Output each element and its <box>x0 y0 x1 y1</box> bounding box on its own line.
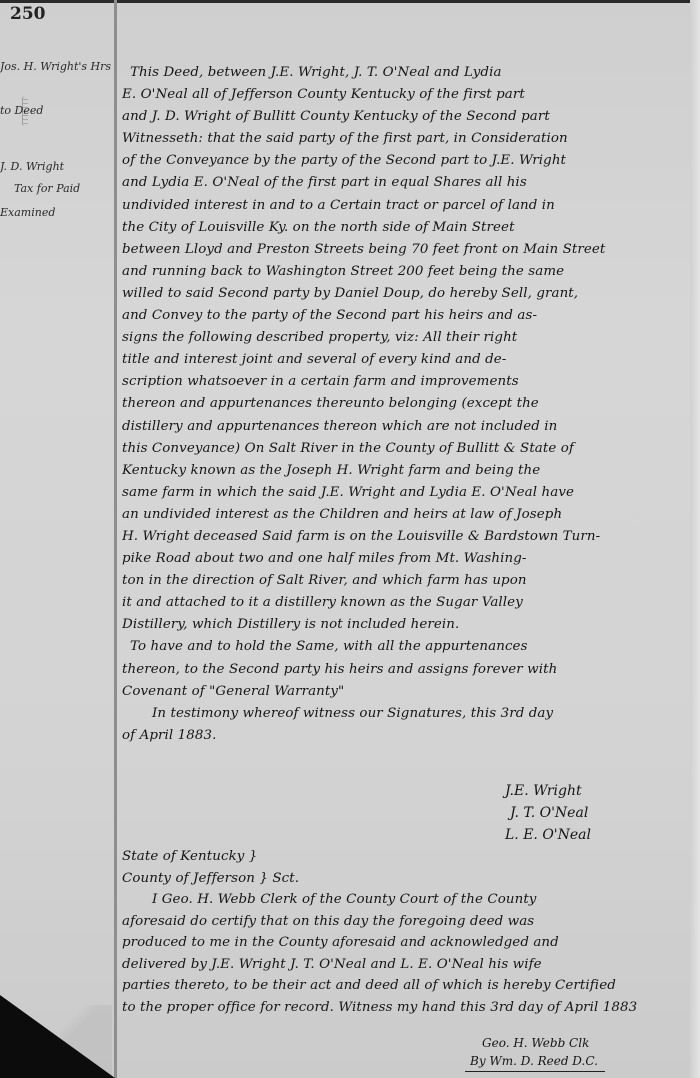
deed-line: of the Conveyance by the party of the Se… <box>122 150 682 172</box>
margin-note-grantee: J. D. Wright <box>0 160 64 173</box>
cert-line: produced to me in the County aforesaid a… <box>122 932 682 954</box>
deed-line: pike Road about two and one half miles f… <box>122 548 682 570</box>
deed-line: undivided interest in and to a Certain t… <box>122 195 682 217</box>
margin-rule-line <box>114 0 117 1078</box>
deed-line: and Lydia E. O'Neal of the first part in… <box>122 172 682 194</box>
habendum-line: To have and to hold the Same, with all t… <box>122 636 682 658</box>
clerk-certificate: State of Kentucky } County of Jefferson … <box>122 846 682 1018</box>
cert-state-line: State of Kentucky } <box>122 846 682 868</box>
margin-note-tax-paid: Tax for Paid <box>14 182 80 195</box>
testimony-date-line: of April 1883. <box>122 725 682 747</box>
deed-line: Witnesseth: that the said party of the f… <box>122 128 682 150</box>
deputy-clerk-signature: By Wm. D. Reed D.C. <box>470 1052 598 1070</box>
cert-line: parties thereto, to be their act and dee… <box>122 975 682 997</box>
page-right-edge <box>690 0 700 1078</box>
habendum-line: Covenant of "General Warranty" <box>122 681 682 703</box>
deed-line: scription whatsoever in a certain farm a… <box>122 371 682 393</box>
deed-line: same farm in which the said J.E. Wright … <box>122 482 682 504</box>
deed-line: thereon and appurtenances thereunto belo… <box>122 393 682 415</box>
cert-line: aforesaid do certify that on this day th… <box>122 911 682 933</box>
deed-line: H. Wright deceased Said farm is on the L… <box>122 526 682 548</box>
margin-note-grantor: Jos. H. Wright's Hrs <box>0 60 111 73</box>
deed-line: distillery and appurtenances thereon whi… <box>122 416 682 438</box>
deed-line: willed to said Second party by Daniel Do… <box>122 283 682 305</box>
margin-note-deed: to Deed <box>0 104 43 117</box>
deed-line: E. O'Neal all of Jefferson County Kentuc… <box>122 84 682 106</box>
testimony-line: In testimony whereof witness our Signatu… <box>122 703 682 725</box>
signature-je-wright: J.E. Wright <box>505 780 591 802</box>
deed-line: This Deed, between J.E. Wright, J. T. O'… <box>122 62 682 84</box>
deed-line: Kentucky known as the Joseph H. Wright f… <box>122 460 682 482</box>
cert-line: I Geo. H. Webb Clerk of the County Court… <box>122 889 682 911</box>
margin-note-examined: Examined <box>0 206 55 219</box>
habendum-line: thereon, to the Second party his heirs a… <box>122 659 682 681</box>
deed-line: the City of Louisville Ky. on the north … <box>122 217 682 239</box>
cert-line: delivered by J.E. Wright J. T. O'Neal an… <box>122 954 682 976</box>
signature-le-oneal: L. E. O'Neal <box>505 824 591 846</box>
deed-line: an undivided interest as the Children an… <box>122 504 682 526</box>
deed-body: This Deed, between J.E. Wright, J. T. O'… <box>122 62 682 747</box>
cert-line: to the proper office for record. Witness… <box>122 997 682 1019</box>
signature-underline <box>465 1071 605 1072</box>
deed-line: signs the following described property, … <box>122 327 682 349</box>
page-top-edge <box>0 0 700 3</box>
signature-jt-oneal: J. T. O'Neal <box>505 802 591 824</box>
deed-line: between Lloyd and Preston Streets being … <box>122 239 682 261</box>
page-number: 250 <box>10 4 46 24</box>
page-corner-shadow <box>0 995 115 1078</box>
grantor-signatures: J.E. Wright J. T. O'Neal L. E. O'Neal <box>505 780 591 846</box>
clerk-signature: Geo. H. Webb Clk <box>470 1034 598 1052</box>
deed-line: and Convey to the party of the Second pa… <box>122 305 682 327</box>
clerk-signatures: Geo. H. Webb Clk By Wm. D. Reed D.C. <box>470 1034 598 1070</box>
deed-line: and running back to Washington Street 20… <box>122 261 682 283</box>
deed-line: ton in the direction of Salt River, and … <box>122 570 682 592</box>
deed-line: Distillery, which Distillery is not incl… <box>122 614 682 636</box>
deed-line: title and interest joint and several of … <box>122 349 682 371</box>
cert-county-line: County of Jefferson } Sct. <box>122 868 682 890</box>
deed-line: it and attached to it a distillery known… <box>122 592 682 614</box>
ledger-page: 250 Jos. H. Wright's Hrs to Deed J. D. W… <box>0 0 700 1078</box>
deed-line: and J. D. Wright of Bullitt County Kentu… <box>122 106 682 128</box>
deed-line: this Conveyance) On Salt River in the Co… <box>122 438 682 460</box>
